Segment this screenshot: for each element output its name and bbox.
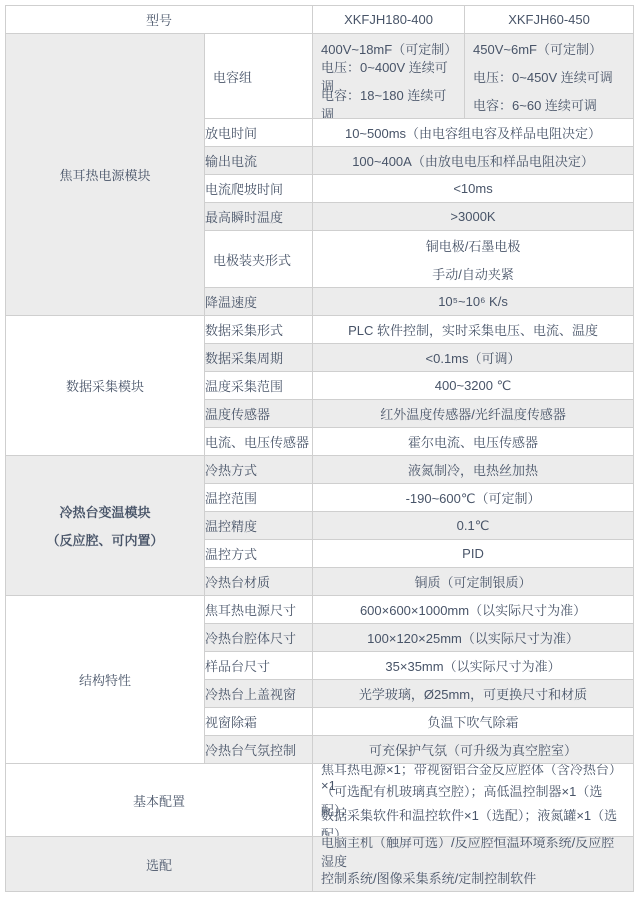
param-temp-sensor: 温度传感器 xyxy=(205,400,313,428)
param-electrode: 电极装夹形式 xyxy=(205,231,313,288)
category-basic-config: 基本配置 xyxy=(6,764,313,837)
value-capacitor-a: 400V~18mF（可定制） 电压：0~400V 连续可调 电容：18~180 … xyxy=(313,34,465,119)
param-daq-mode: 数据采集形式 xyxy=(205,316,313,344)
row-heat-cool-mode: 冷热台变温模块 （反应腔、可内置） 冷热方式 液氮制冷，电热丝加热 xyxy=(6,456,634,484)
header-model-a: XKFJH180-400 xyxy=(313,6,465,34)
param-output-current: 输出电流 xyxy=(205,147,313,175)
value-defrost: 负温下吹气除霜 xyxy=(313,708,634,736)
param-ctrl-range: 温控范围 xyxy=(205,484,313,512)
value-iv-sensor: 霍尔电流、电压传感器 xyxy=(313,428,634,456)
value-daq-period: <0.1ms（可调） xyxy=(313,344,634,372)
value-max-temp: >3000K xyxy=(313,203,634,231)
header-row: 型号 XKFJH180-400 XKFJH60-450 xyxy=(6,6,634,34)
param-atmosphere: 冷热台气氛控制 xyxy=(205,736,313,764)
page: 型号 XKFJH180-400 XKFJH60-450 焦耳热电源模块 电容组 … xyxy=(0,0,636,897)
value-ramp-time: <10ms xyxy=(313,175,634,203)
value-ctrl-method: PID xyxy=(313,540,634,568)
param-chamber-size: 冷热台腔体尺寸 xyxy=(205,624,313,652)
value-sample-size: 35×35mm（以实际尺寸为准） xyxy=(313,652,634,680)
value-stage-material: 铜质（可定制银质） xyxy=(313,568,634,596)
row-power-size: 结构特性 焦耳热电源尺寸 600×600×1000mm（以实际尺寸为准） xyxy=(6,596,634,624)
param-heat-cool-mode: 冷热方式 xyxy=(205,456,313,484)
param-window: 冷热台上盖视窗 xyxy=(205,680,313,708)
row-capacitor: 焦耳热电源模块 电容组 400V~18mF（可定制） 电压：0~400V 连续可… xyxy=(6,34,634,119)
value-capacitor-b: 450V~6mF（可定制） 电压：0~450V 连续可调 电容：6~60 连续可… xyxy=(465,34,634,119)
value-temp-sensor: 红外温度传感器/光纤温度传感器 xyxy=(313,400,634,428)
value-optional-config: 电脑主机（触屏可选）/反应腔恒温环境系统/反应腔湿度 控制系统/图像采集系统/定… xyxy=(313,837,634,892)
param-cooling-rate: 降温速度 xyxy=(205,288,313,316)
value-output-current: 100~400A（由放电电压和样品电阻决定） xyxy=(313,147,634,175)
value-ctrl-range: -190~600℃（可定制） xyxy=(313,484,634,512)
param-sample-size: 样品台尺寸 xyxy=(205,652,313,680)
row-optional-config: 选配 电脑主机（触屏可选）/反应腔恒温环境系统/反应腔湿度 控制系统/图像采集系… xyxy=(6,837,634,892)
param-iv-sensor: 电流、电压传感器 xyxy=(205,428,313,456)
param-max-temp: 最高瞬时温度 xyxy=(205,203,313,231)
param-stage-material: 冷热台材质 xyxy=(205,568,313,596)
header-model-label: 型号 xyxy=(6,6,313,34)
category-stage-module: 冷热台变温模块 （反应腔、可内置） xyxy=(6,456,205,596)
value-daq-mode: PLC 软件控制，实时采集电压、电流、温度 xyxy=(313,316,634,344)
value-power-size: 600×600×1000mm（以实际尺寸为准） xyxy=(313,596,634,624)
value-window: 光学玻璃，Ø25mm，可更换尺寸和材质 xyxy=(313,680,634,708)
param-ctrl-method: 温控方式 xyxy=(205,540,313,568)
value-chamber-size: 100×120×25mm（以实际尺寸为准） xyxy=(313,624,634,652)
value-ctrl-precision: 0.1℃ xyxy=(313,512,634,540)
row-daq-mode: 数据采集模块 数据采集形式 PLC 软件控制，实时采集电压、电流、温度 xyxy=(6,316,634,344)
param-ramp-time: 电流爬坡时间 xyxy=(205,175,313,203)
param-daq-period: 数据采集周期 xyxy=(205,344,313,372)
value-basic-config: 焦耳热电源×1；带视窗铝合金反应腔体（含冷热台）×1 （可选配有机玻璃真空腔）；… xyxy=(313,764,634,837)
row-basic-config: 基本配置 焦耳热电源×1；带视窗铝合金反应腔体（含冷热台）×1 （可选配有机玻璃… xyxy=(6,764,634,837)
param-power-size: 焦耳热电源尺寸 xyxy=(205,596,313,624)
value-discharge-time: 10~500ms（由电容组电容及样品电阻决定） xyxy=(313,119,634,147)
header-model-b: XKFJH60-450 xyxy=(465,6,634,34)
value-electrode: 铜电极/石墨电极 手动/自动夹紧 xyxy=(313,231,634,288)
spec-table: 型号 XKFJH180-400 XKFJH60-450 焦耳热电源模块 电容组 … xyxy=(5,5,634,892)
value-heat-cool-mode: 液氮制冷，电热丝加热 xyxy=(313,456,634,484)
value-cooling-rate: 10⁵~10⁶ K/s xyxy=(313,288,634,316)
param-temp-range: 温度采集范围 xyxy=(205,372,313,400)
value-temp-range: 400~3200 ℃ xyxy=(313,372,634,400)
category-structure: 结构特性 xyxy=(6,596,205,764)
value-atmosphere: 可充保护气氛（可升级为真空腔室） xyxy=(313,736,634,764)
category-daq-module: 数据采集模块 xyxy=(6,316,205,456)
category-power-module: 焦耳热电源模块 xyxy=(6,34,205,316)
param-capacitor: 电容组 xyxy=(205,34,313,119)
category-optional-config: 选配 xyxy=(6,837,313,892)
param-discharge-time: 放电时间 xyxy=(205,119,313,147)
param-defrost: 视窗除霜 xyxy=(205,708,313,736)
param-ctrl-precision: 温控精度 xyxy=(205,512,313,540)
